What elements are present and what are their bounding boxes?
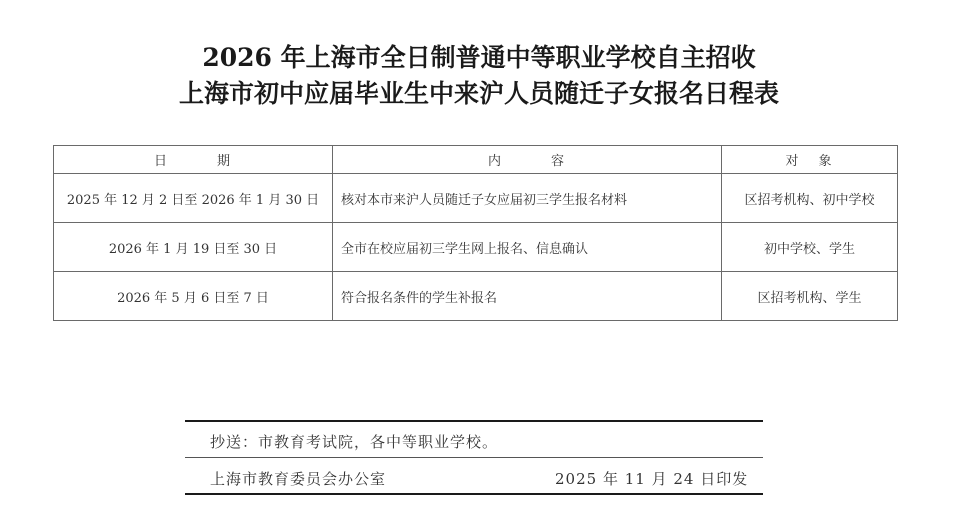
document-title-line-1: 2026 年上海市全日制普通中等职业学校自主招收 — [0, 38, 958, 74]
cc-line: 抄送：市教育考试院，各中等职业学校。 — [210, 431, 498, 452]
row-target: 区招考机构、学生 — [722, 272, 898, 321]
row-target: 区招考机构、初中学校 — [722, 174, 898, 223]
table-row: 2025 年 12 月 2 日至 2026 年 1 月 30 日 核对本市来沪人… — [54, 174, 898, 223]
issue-date: 2025 年 11 月 24 日印发 — [555, 468, 748, 489]
row-content: 核对本市来沪人员随迁子女应届初三学生报名材料 — [333, 174, 722, 223]
issuing-office: 上海市教育委员会办公室 — [210, 468, 386, 489]
schedule-table: 日期 内容 对象 2025 年 12 月 2 日至 2026 年 1 月 30 … — [53, 145, 898, 321]
document-title-line-2: 上海市初中应届毕业生中来沪人员随迁子女报名日程表 — [0, 74, 958, 110]
header-content-char-1: 内 — [488, 154, 503, 169]
header-date-char-1: 日 — [154, 154, 169, 169]
header-date: 日期 — [54, 146, 333, 174]
row-date: 2025 年 12 月 2 日至 2026 年 1 月 30 日 — [54, 174, 333, 223]
footer-middle-rule — [185, 457, 763, 458]
row-target: 初中学校、学生 — [722, 223, 898, 272]
row-date: 2026 年 1 月 19 日至 30 日 — [54, 223, 333, 272]
header-target-char-2: 象 — [819, 154, 834, 169]
table-row: 2026 年 5 月 6 日至 7 日 符合报名条件的学生补报名 区招考机构、学… — [54, 272, 898, 321]
header-target-char-1: 对 — [785, 154, 800, 169]
header-date-char-2: 期 — [217, 154, 232, 169]
footer-bottom-rule — [185, 493, 763, 495]
header-target: 对象 — [722, 146, 898, 174]
row-content: 符合报名条件的学生补报名 — [333, 272, 722, 321]
header-content: 内容 — [333, 146, 722, 174]
table-header-row: 日期 内容 对象 — [54, 146, 898, 174]
row-date: 2026 年 5 月 6 日至 7 日 — [54, 272, 333, 321]
table-row: 2026 年 1 月 19 日至 30 日 全市在校应届初三学生网上报名、信息确… — [54, 223, 898, 272]
footer-top-rule — [185, 420, 763, 422]
row-content: 全市在校应届初三学生网上报名、信息确认 — [333, 223, 722, 272]
header-content-char-2: 容 — [551, 154, 566, 169]
